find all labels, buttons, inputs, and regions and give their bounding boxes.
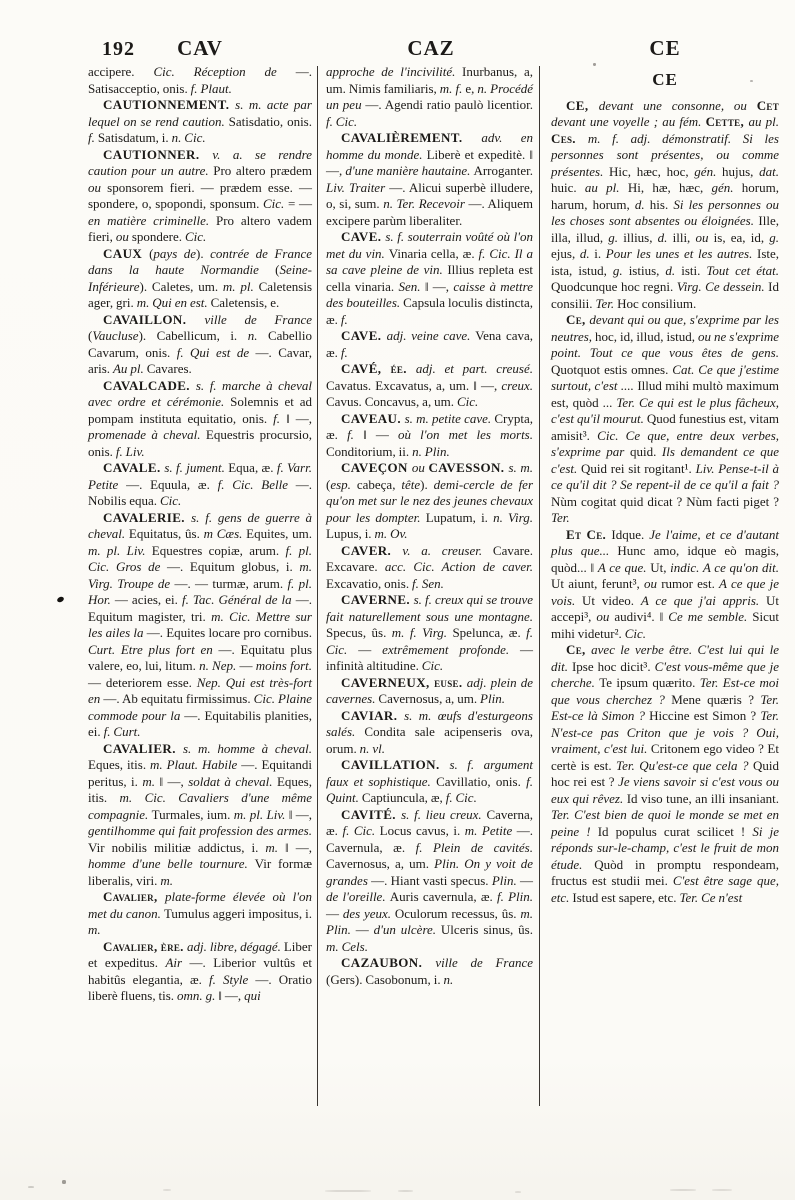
- text-segment: f. Cic.: [342, 823, 379, 838]
- text-segment: Cavalier,: [103, 889, 165, 904]
- text-segment: Quid rei sit rogitant¹.: [581, 461, 696, 476]
- text-segment: illi,: [673, 230, 696, 245]
- text-segment: Plin.: [492, 873, 520, 888]
- text-segment: ou: [412, 460, 429, 475]
- text-segment: CAVERNEUX,: [341, 675, 434, 690]
- dictionary-paragraph: CAVALCADE. s. f. marche à cheval avec or…: [88, 378, 312, 461]
- text-segment: Cette,: [706, 114, 749, 129]
- dictionary-paragraph: CAVEAU. s. m. petite cave. Crypta, æ. f.…: [326, 411, 533, 461]
- text-segment: CAVILLATION.: [341, 757, 450, 772]
- text-segment: Spelunca, æ.: [452, 625, 526, 640]
- text-segment: euse.: [434, 675, 467, 690]
- text-segment: Tumulus aggeri impositus, i.: [164, 906, 312, 921]
- text-segment: ville de France: [435, 955, 533, 970]
- text-segment: m.: [88, 922, 101, 937]
- text-segment: m. Petite: [465, 823, 517, 838]
- text-segment: Ter. Qu'est-ce que cela ?: [616, 758, 753, 773]
- text-segment: CAVER.: [341, 543, 402, 558]
- dictionary-paragraph: approche de l'incivilité. Inurbanus, a, …: [326, 64, 533, 130]
- text-segment: au pl.: [748, 114, 779, 129]
- text-segment: CAVE.: [341, 229, 385, 244]
- text-segment: m. Qui en est.: [137, 295, 211, 310]
- dictionary-paragraph: CAUX (pays de). contrée de France dans l…: [88, 246, 312, 312]
- text-segment: m. pl.: [223, 279, 259, 294]
- text-segment: —. Ab equitatu firmissimus.: [103, 691, 253, 706]
- scan-speck: [712, 1189, 732, 1191]
- section-heading: CE: [551, 72, 779, 89]
- ink-speck: [56, 596, 64, 603]
- dictionary-paragraph: CAVERNE. s. f. creux qui se trouve fait …: [326, 592, 533, 675]
- text-segment: Pro altero prædem: [213, 163, 312, 178]
- text-segment: Te ipsum quærito.: [599, 675, 700, 690]
- text-segment: Specus, ûs.: [326, 625, 392, 640]
- dictionary-paragraph: CAVÉ, ée. adj. et part. creusé. Cavatus.…: [326, 361, 533, 411]
- text-segment: —. Agendi ratio paulò licentior.: [365, 97, 533, 112]
- text-segment: Oculorum recessus, ûs.: [395, 906, 521, 921]
- text-segment: ‖ —,: [285, 840, 312, 855]
- text-segment: Ulceris sinus, ûs.: [441, 922, 533, 937]
- text-segment: —: [520, 873, 533, 888]
- text-segment: Cic.: [263, 196, 288, 211]
- text-segment: m. Cels.: [326, 939, 368, 954]
- text-segment: f. Tac. Général de la: [182, 592, 296, 607]
- text-segment: ).: [196, 246, 210, 261]
- text-segment: accipere.: [88, 64, 153, 79]
- text-segment: audivi⁴. ‖: [614, 609, 668, 624]
- dictionary-paragraph: Cavalier, plate-forme élevée où l'on met…: [88, 889, 312, 939]
- text-segment: CAUTIONNER.: [103, 147, 212, 162]
- text-segment: — deteriorem esse.: [88, 675, 197, 690]
- text-segment: = —: [288, 196, 312, 211]
- text-segment: Excavatio, onis.: [326, 576, 412, 591]
- text-segment: f. Plaut.: [191, 81, 232, 96]
- text-segment: CAVALIER.: [103, 741, 183, 756]
- text-segment: n. Cic.: [172, 130, 206, 145]
- text-segment: Vaucluse: [92, 328, 138, 343]
- text-segment: ).: [420, 477, 434, 492]
- text-segment: ‖ —,: [289, 807, 312, 822]
- dictionary-paragraph: CAVITÉ. s. f. lieu creux. Caverna, æ. f.…: [326, 807, 533, 956]
- text-segment: n. Ter. Recevoir: [383, 196, 468, 211]
- text-segment: d'une manière hautaine.: [345, 163, 473, 178]
- text-segment: ejus,: [551, 246, 580, 261]
- scan-speck: [515, 1191, 521, 1193]
- text-segment: n. Nep.: [199, 658, 239, 673]
- text-segment: d.: [665, 263, 681, 278]
- text-segment: ou: [88, 180, 107, 195]
- text-segment: e,: [465, 81, 477, 96]
- text-segment: Lupatum, i.: [426, 510, 493, 525]
- text-segment: f.: [347, 427, 363, 442]
- column-caz: approche de l'incivilité. Inurbanus, a, …: [326, 64, 533, 988]
- text-segment: m. Ov.: [375, 526, 408, 541]
- text-segment: Id viso tune, an illi insaniant.: [627, 791, 779, 806]
- dictionary-paragraph: Et Ce. Idque. Je l'aime, et ce d'autant …: [551, 527, 779, 643]
- text-segment: d'un ulcère.: [374, 922, 441, 937]
- text-segment: n. Plin.: [412, 444, 450, 459]
- text-segment: devant une consonne, ou: [599, 98, 757, 113]
- text-segment: approche de l'incivilité.: [326, 64, 462, 79]
- text-segment: Captiuncula, æ,: [362, 790, 446, 805]
- text-segment: ‖ —,: [425, 279, 454, 294]
- text-segment: m. Plaut. Habile: [150, 757, 241, 772]
- text-segment: Satisdatio, onis.: [229, 114, 312, 129]
- text-segment: Ce,: [566, 642, 591, 657]
- text-segment: m. pl. Liv.: [234, 807, 289, 822]
- text-segment: hoc, id, illud, istud,: [595, 329, 698, 344]
- text-segment: —. Hiant vasti specus.: [371, 873, 492, 888]
- running-head-ce: CE: [551, 36, 779, 61]
- text-segment: CAVITÉ.: [341, 807, 401, 822]
- dictionary-page: 192 CAV CAZ CE accipere. Cic. Réception …: [0, 0, 795, 1200]
- dictionary-paragraph: CAVEÇON ou CAVESSON. s. m. (esp. cabeça,…: [326, 460, 533, 543]
- text-segment: extrêmement profonde.: [382, 642, 520, 657]
- text-segment: Caletensis, e.: [211, 295, 280, 310]
- text-segment: Satisdatum, i.: [98, 130, 172, 145]
- text-segment: CAUTIONNEMENT.: [103, 97, 235, 112]
- text-segment: f. Plein de cavités.: [416, 840, 533, 855]
- text-segment: ‖ —,: [286, 411, 312, 426]
- text-segment: m. f. Virg.: [392, 625, 453, 640]
- text-segment: Istud est sapere, etc.: [572, 890, 679, 905]
- text-segment: f.: [88, 130, 98, 145]
- text-segment: Cavatus. Excavatus, a, um. ‖ —,: [326, 378, 501, 393]
- dictionary-paragraph: CAVALIÈREMENT. adv. en homme du monde. L…: [326, 130, 533, 229]
- text-segment: s. f. jument.: [164, 460, 228, 475]
- text-segment: ou: [695, 230, 713, 245]
- text-segment: en matière criminelle.: [88, 213, 216, 228]
- text-segment: CAVE.: [341, 328, 387, 343]
- text-segment: f. Cic.: [326, 114, 357, 129]
- text-segment: Ipse hoc dicit³.: [572, 659, 655, 674]
- text-segment: CAUX: [103, 246, 149, 261]
- text-segment: Auris cavernula, æ.: [390, 889, 497, 904]
- text-segment: Au pl.: [113, 361, 147, 376]
- text-segment: CAVALIÈREMENT.: [341, 130, 481, 145]
- text-segment: ‖ —,: [159, 774, 188, 789]
- text-segment: Cavillatio, onis.: [436, 774, 526, 789]
- scan-speck: [398, 1190, 413, 1192]
- text-segment: istius,: [629, 263, 666, 278]
- text-segment: f. Plin.: [497, 889, 533, 904]
- text-segment: Cet: [757, 98, 779, 113]
- text-segment: CAVEÇON: [341, 460, 412, 475]
- text-segment: m.: [142, 774, 159, 789]
- text-segment: adj. libre, dégagé.: [187, 939, 284, 954]
- text-segment: —. — turmæ, arum.: [174, 576, 287, 591]
- text-segment: m Cæs.: [204, 526, 247, 541]
- text-segment: A ce que j'ai appris.: [641, 593, 766, 608]
- dictionary-paragraph: CAVERNEUX, euse. adj. plein de cavernes.…: [326, 675, 533, 708]
- text-segment: ‖ —: [363, 427, 398, 442]
- text-segment: f. Style: [209, 972, 255, 987]
- text-segment: ). Caletes, um.: [140, 279, 223, 294]
- text-segment: m.: [160, 873, 173, 888]
- text-segment: f. Cic. Belle: [218, 477, 296, 492]
- text-segment: f. Curt.: [104, 724, 141, 739]
- text-segment: Cic.: [625, 626, 646, 641]
- dictionary-paragraph: CAVILLATION. s. f. argument faux et soph…: [326, 757, 533, 807]
- scan-speck: [750, 80, 753, 82]
- text-segment: où l'on met les morts.: [398, 427, 533, 442]
- text-segment: Et Ce.: [566, 527, 611, 542]
- text-segment: d.: [580, 246, 594, 261]
- dictionary-paragraph: Ce, avec le verbe être. C'est lui qui le…: [551, 642, 779, 906]
- text-segment: —: [358, 642, 382, 657]
- dictionary-paragraph: Ce, devant qui ou que, s'exprime par les…: [551, 312, 779, 527]
- dictionary-paragraph: Cavalier, ère. adj. libre, dégagé. Liber…: [88, 939, 312, 1005]
- text-segment: indic. A ce qu'on dit.: [670, 560, 779, 575]
- text-segment: f. Liv.: [116, 444, 145, 459]
- text-segment: Ce,: [566, 312, 589, 327]
- text-segment: Equa, æ.: [228, 460, 277, 475]
- text-segment: —: [356, 922, 374, 937]
- text-segment: des yeux.: [343, 906, 395, 921]
- text-segment: (Gers). Casobonum, i.: [326, 972, 444, 987]
- text-segment: Cavalier, ère.: [103, 939, 187, 954]
- text-segment: CAZAUBON.: [341, 955, 435, 970]
- text-segment: d.: [658, 230, 673, 245]
- text-segment: Cic.: [160, 493, 181, 508]
- text-segment: Ter. Ce n'est: [679, 890, 742, 905]
- text-segment: Cic.: [457, 394, 478, 409]
- text-segment: Plin.: [480, 691, 505, 706]
- text-segment: dat.: [759, 164, 779, 179]
- text-segment: Curt. Etre plus fort en: [88, 642, 219, 657]
- text-segment: Sen.: [399, 279, 425, 294]
- column-divider-left: [317, 66, 318, 1106]
- text-segment: homme d'une belle tournure.: [88, 856, 255, 871]
- text-segment: Cic.: [185, 229, 206, 244]
- text-segment: CAVEAU.: [341, 411, 405, 426]
- text-segment: promenade à cheval.: [88, 427, 206, 442]
- text-segment: Hi, hæ, hæc,: [628, 180, 712, 195]
- text-segment: Cavares.: [147, 361, 192, 376]
- text-segment: s. m. homme à cheval.: [183, 741, 312, 756]
- text-segment: illius,: [623, 230, 657, 245]
- text-segment: —: [239, 658, 255, 673]
- text-segment: Quodcunque hoc regni.: [551, 279, 677, 294]
- text-segment: Lupus, i.: [326, 526, 375, 541]
- dictionary-paragraph: CAVALE. s. f. jument. Equa, æ. f. Varr. …: [88, 460, 312, 510]
- dictionary-paragraph: CAVIAR. s. m. œufs d'esturgeons salés. C…: [326, 708, 533, 758]
- scan-speck: [593, 63, 596, 66]
- dictionary-paragraph: CAVER. v. a. creuser. Cavare. Excavare. …: [326, 543, 533, 593]
- text-segment: quid.: [630, 444, 662, 459]
- text-segment: s. f. lieu creux.: [401, 807, 486, 822]
- text-segment: adj. et part. creusé.: [416, 361, 533, 376]
- text-segment: Turmales, ium.: [152, 807, 234, 822]
- text-segment: tête: [401, 477, 420, 492]
- text-segment: au pl.: [585, 180, 628, 195]
- text-segment: m. f.: [440, 81, 466, 96]
- text-segment: rumor est.: [661, 576, 719, 591]
- scan-speck: [62, 1180, 66, 1184]
- scan-speck: [28, 1186, 34, 1188]
- column-ce: CECE, devant une consonne, ou Cet devant…: [551, 72, 779, 906]
- text-segment: soldat à cheval.: [188, 774, 277, 789]
- text-segment: CAVIAR.: [341, 708, 404, 723]
- text-segment: Mene quæris ?: [671, 692, 760, 707]
- text-segment: his.: [650, 197, 674, 212]
- text-segment: ou: [644, 576, 661, 591]
- text-segment: —: [326, 906, 343, 921]
- text-segment: Conditorium, ii.: [326, 444, 412, 459]
- text-segment: f.: [341, 345, 348, 360]
- text-segment: CE,: [566, 98, 599, 113]
- text-segment: gén.: [694, 164, 722, 179]
- text-segment: Vir nobilis militiæ addictus, i.: [88, 840, 265, 855]
- text-segment: f. Cic.: [446, 790, 477, 805]
- text-segment: ‖ —,: [218, 988, 244, 1003]
- text-segment: Virg. Ce dessein.: [677, 279, 768, 294]
- running-head-caz: CAZ: [326, 36, 536, 61]
- text-segment: Equites, um.: [246, 526, 312, 541]
- text-segment: Id populus curat scilicet !: [598, 824, 753, 839]
- dictionary-paragraph: CAVAILLON. ville de France (Vaucluse). C…: [88, 312, 312, 378]
- text-segment: Equestres copiæ, arum.: [152, 543, 286, 558]
- text-segment: Ut aiunt, ferunt³,: [551, 576, 644, 591]
- dictionary-paragraph: CE, devant une consonne, ou Cet devant u…: [551, 98, 779, 313]
- scan-speck: [325, 1190, 371, 1192]
- column-cav: accipere. Cic. Réception de —. Satisacce…: [88, 64, 312, 1005]
- text-segment: m. pl. Liv.: [88, 543, 152, 558]
- text-segment: CAVÉ,: [341, 361, 391, 376]
- text-segment: f. Sen.: [412, 576, 444, 591]
- text-segment: —. Equites locare pro cornibus.: [147, 625, 312, 640]
- text-segment: Tout cet état.: [706, 263, 779, 278]
- text-segment: Air: [165, 955, 189, 970]
- text-segment: is, ea, id,: [714, 230, 770, 245]
- text-segment: creux.: [501, 378, 533, 393]
- text-segment: f. Qui est de: [177, 345, 256, 360]
- text-segment: Ut video.: [582, 593, 641, 608]
- text-segment: omn. g.: [177, 988, 218, 1003]
- text-segment: s. m.: [508, 460, 533, 475]
- text-segment: v. a. creuser.: [402, 543, 493, 558]
- text-segment: Hiccine est Simon ?: [649, 708, 760, 723]
- text-segment: f.: [273, 411, 286, 426]
- text-segment: acc. Cic. Action de caver.: [385, 559, 533, 574]
- text-segment: Cavus. Concavus, a, um.: [326, 394, 457, 409]
- text-segment: Locus cavus, i.: [380, 823, 465, 838]
- running-head-cav: CAV: [88, 36, 312, 61]
- text-segment: Ut,: [650, 560, 670, 575]
- text-segment: CAVALERIE.: [103, 510, 191, 525]
- text-segment: g.: [608, 230, 623, 245]
- text-segment: ée.: [391, 361, 416, 376]
- text-segment: Ces.: [551, 131, 588, 146]
- text-segment: f.: [341, 312, 348, 327]
- text-segment: Cic. Réception de: [153, 64, 295, 79]
- text-segment: qui: [244, 988, 261, 1003]
- text-segment: esp.: [330, 477, 357, 492]
- text-segment: CAVALCADE.: [103, 378, 196, 393]
- text-segment: s. m. petite cave.: [405, 411, 495, 426]
- scan-speck: [163, 1189, 171, 1191]
- text-segment: gén.: [711, 180, 741, 195]
- text-segment: hujus,: [722, 164, 759, 179]
- text-segment: g.: [613, 263, 629, 278]
- text-segment: Equitatus, ûs.: [129, 526, 204, 541]
- text-segment: Hic, hæc, hoc,: [609, 164, 694, 179]
- text-segment: n. Virg.: [493, 510, 533, 525]
- text-segment: —. Equula, æ.: [126, 477, 218, 492]
- text-segment: devant une voyelle ; au fém.: [551, 114, 706, 129]
- dictionary-paragraph: accipere. Cic. Réception de —. Satisacce…: [88, 64, 312, 97]
- text-segment: Cavernosus, a, um.: [326, 856, 434, 871]
- text-segment: Ce me semble.: [668, 609, 752, 624]
- text-segment: Liv. Traiter: [326, 180, 389, 195]
- text-segment: CAVAILLON.: [103, 312, 204, 327]
- text-segment: ou: [116, 229, 132, 244]
- text-segment: moins fort.: [256, 658, 312, 673]
- dictionary-paragraph: CAUTIONNER. v. a. se rendre caution pour…: [88, 147, 312, 246]
- text-segment: adj. veine cave.: [387, 328, 476, 343]
- text-segment: i.: [594, 246, 606, 261]
- dictionary-paragraph: CAZAUBON. ville de France (Gers). Casobo…: [326, 955, 533, 988]
- dictionary-paragraph: CAVALIER. s. m. homme à cheval. Eques, i…: [88, 741, 312, 890]
- text-segment: CAVALE.: [103, 460, 164, 475]
- text-segment: Vinaria cella, æ.: [389, 246, 479, 261]
- text-segment: cabeça,: [357, 477, 402, 492]
- text-segment: A ce que.: [598, 560, 650, 575]
- dictionary-paragraph: CAVE. s. f. souterrain voûté où l'on met…: [326, 229, 533, 328]
- text-segment: isti.: [681, 263, 706, 278]
- text-segment: n.: [444, 972, 454, 987]
- text-segment: ou: [596, 609, 614, 624]
- text-segment: Pour les unes et les autres.: [606, 246, 757, 261]
- text-segment: pays de: [153, 246, 196, 261]
- scan-speck: [670, 1189, 696, 1191]
- text-segment: ville de France: [204, 312, 312, 327]
- text-segment: CAVERNE.: [341, 592, 414, 607]
- text-segment: d.: [635, 197, 650, 212]
- text-segment: Eques, itis.: [88, 757, 150, 772]
- text-segment: spondere.: [132, 229, 185, 244]
- text-segment: CAVESSON.: [428, 460, 508, 475]
- text-segment: — acies, ei.: [115, 592, 182, 607]
- text-segment: —. Equitum globus, i.: [167, 559, 299, 574]
- text-segment: Idque.: [611, 527, 649, 542]
- text-segment: m.: [265, 840, 285, 855]
- text-segment: Hoc consilium.: [617, 296, 696, 311]
- text-segment: n. vl.: [360, 741, 385, 756]
- text-segment: de l'oreille.: [326, 889, 390, 904]
- dictionary-paragraph: CAVALERIE. s. f. gens de guerre à cheval…: [88, 510, 312, 741]
- dictionary-paragraph: CAVE. adj. veine cave. Vena cava, æ. f.: [326, 328, 533, 361]
- column-divider-right: [539, 66, 540, 1106]
- text-segment: Ter.: [551, 510, 570, 525]
- text-segment: Cavernosus, a, um.: [378, 691, 480, 706]
- dictionary-paragraph: CAUTIONNEMENT. s. m. acte par lequel on …: [88, 97, 312, 147]
- text-segment: g.: [769, 230, 779, 245]
- text-segment: Ter.: [595, 296, 617, 311]
- text-segment: Arroganter.: [473, 163, 533, 178]
- text-segment: Nùm cogitat quid dicat ? Nùm facti piget…: [551, 494, 779, 509]
- text-segment: Quotquot estis omnes.: [551, 362, 672, 377]
- text-segment: n.: [248, 328, 268, 343]
- text-segment: gentilhomme qui fait profession des arme…: [88, 823, 312, 838]
- text-segment: Cic.: [422, 658, 443, 673]
- text-segment: huic.: [551, 180, 585, 195]
- text-segment: ). Cabellicum, i.: [139, 328, 248, 343]
